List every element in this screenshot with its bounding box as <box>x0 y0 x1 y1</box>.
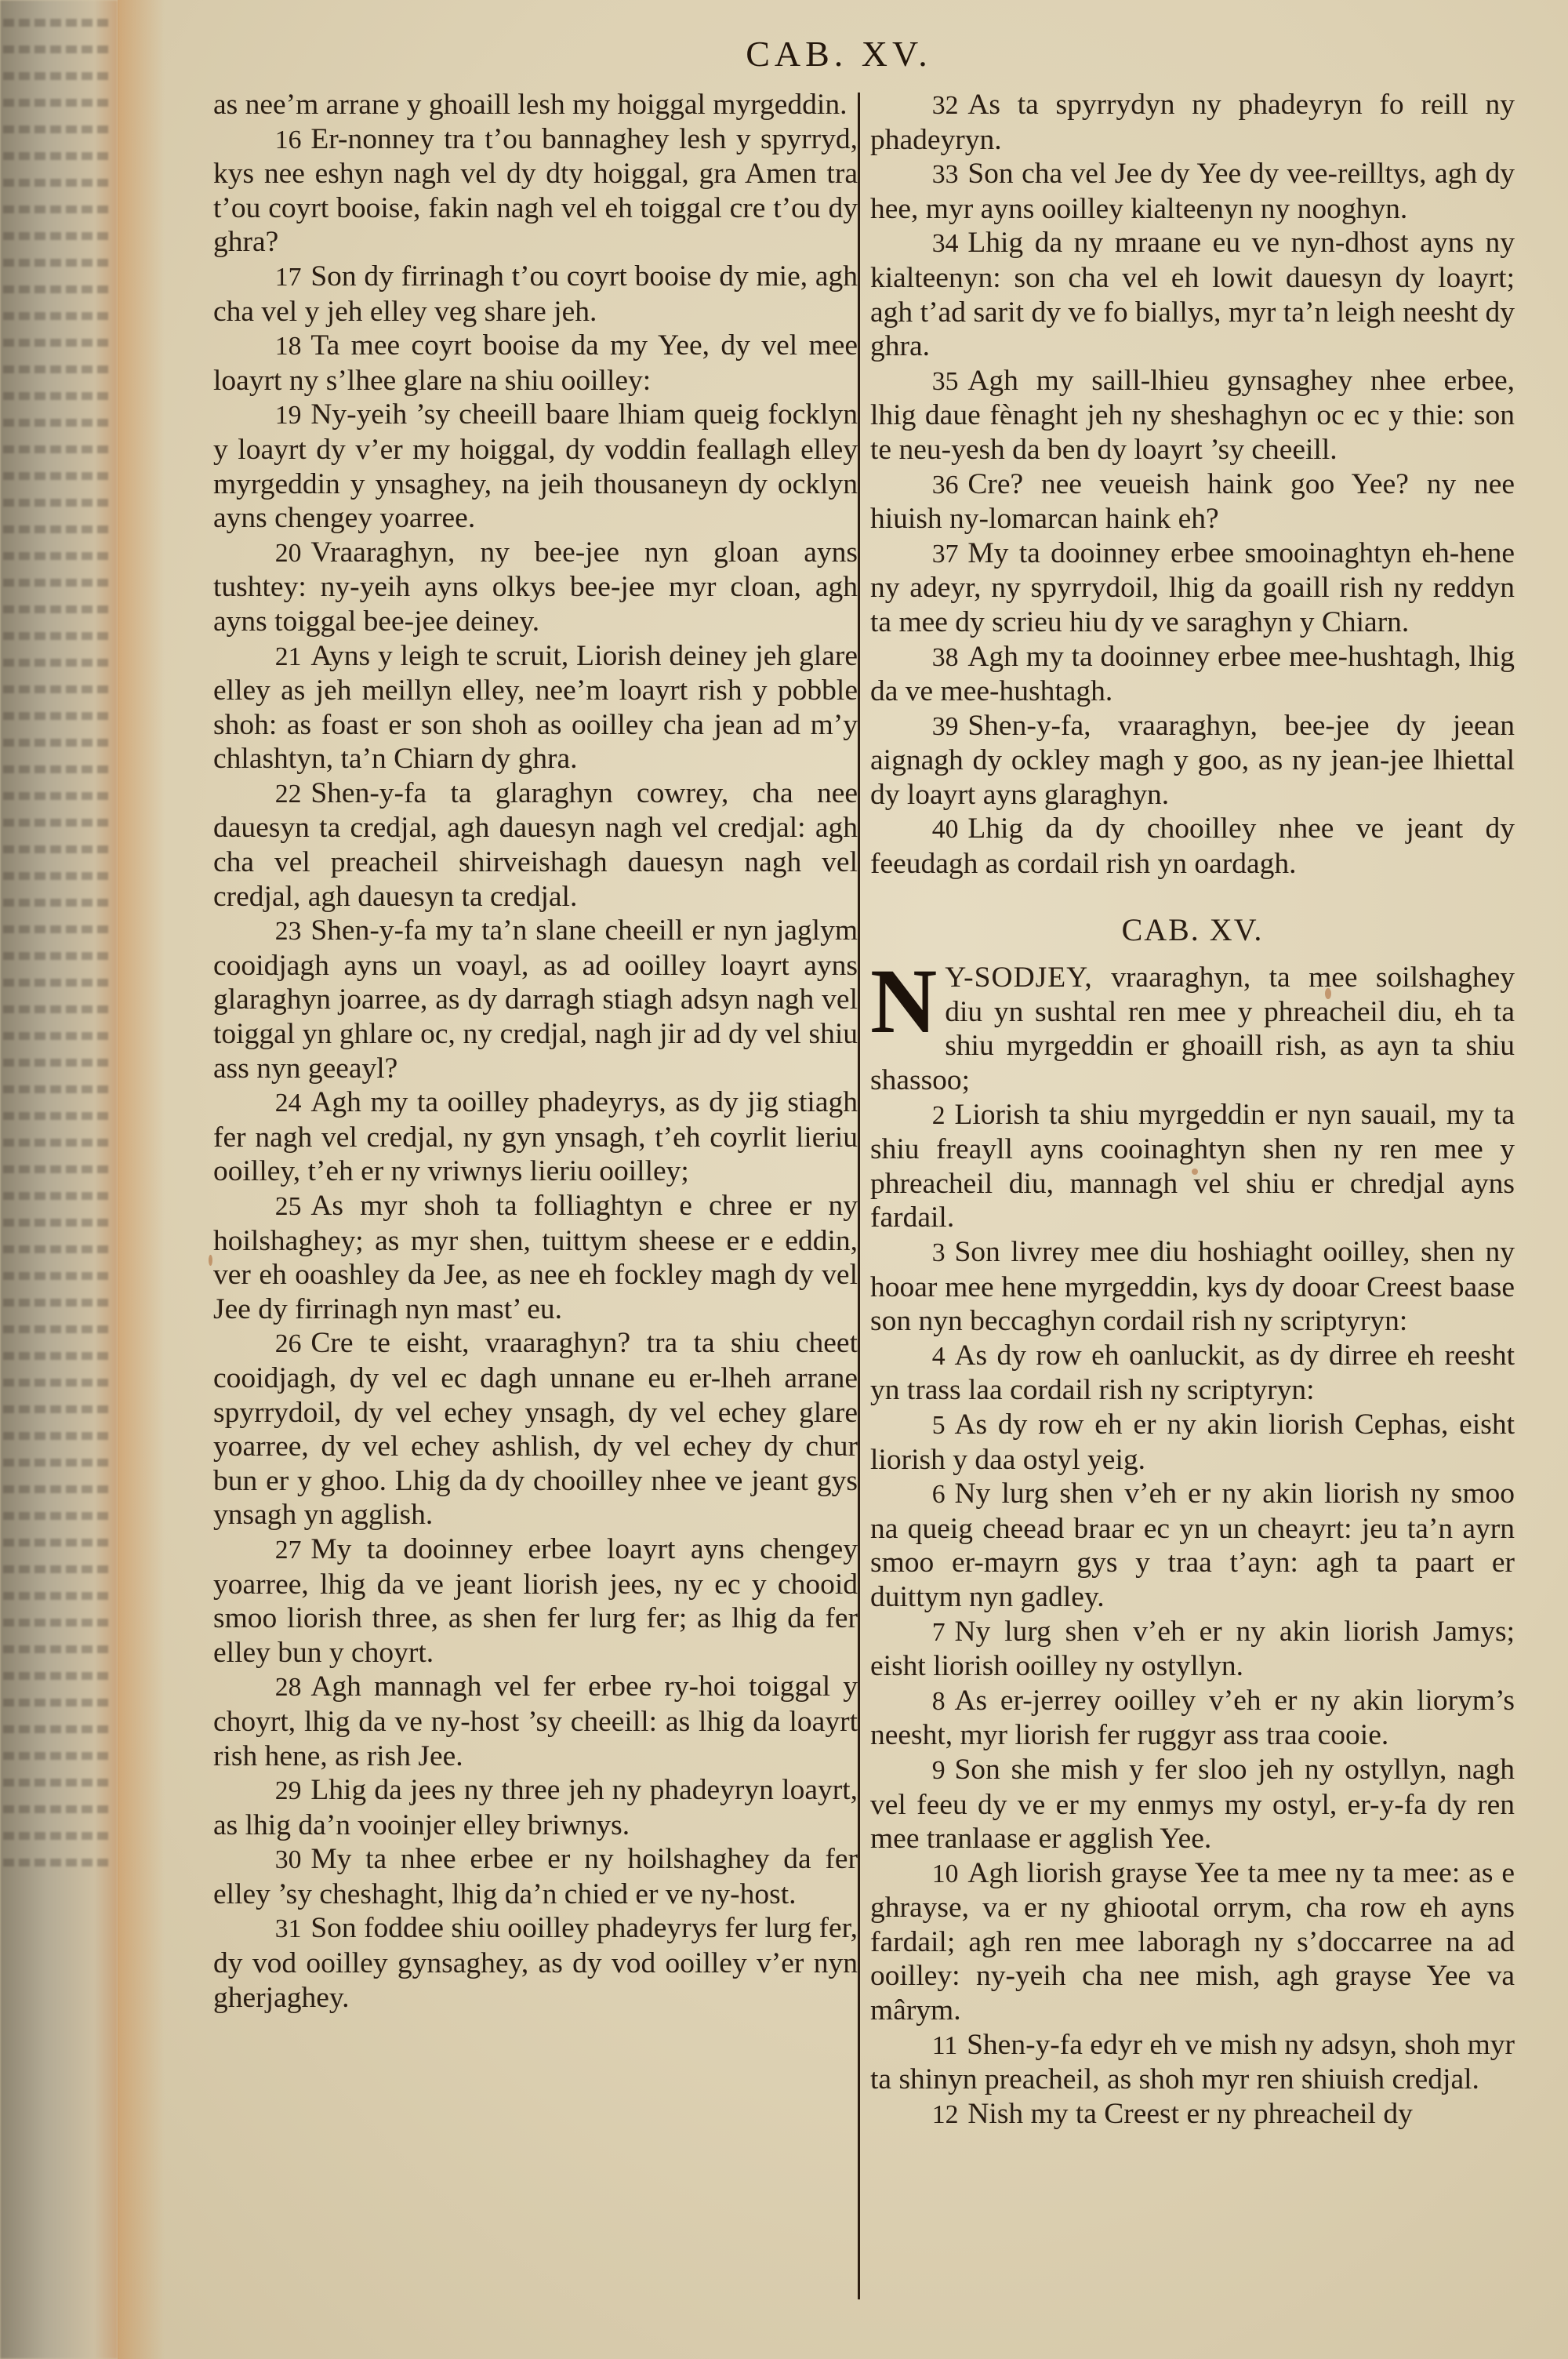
ghost-text-line <box>3 765 111 773</box>
verse-text: Son dy firrinagh t’ou coyrt booise dy mi… <box>213 260 858 328</box>
right-column: 32As ta spyrrydyn ny phadeyryn fo reill … <box>870 88 1515 2132</box>
verse-number: 20 <box>275 539 302 568</box>
previous-page-edge <box>0 0 118 2359</box>
ghost-text-line <box>3 979 111 987</box>
verse-text: Liorish ta shiu myrgeddin er nyn sauail,… <box>870 1099 1515 1234</box>
continuation-text: as nee’m arrane y ghoaill lesh my hoigga… <box>213 88 858 122</box>
ghost-text-line <box>3 819 111 827</box>
ghost-text-line <box>3 1539 111 1547</box>
ghost-text-line <box>3 312 111 320</box>
verse: 27My ta dooinney erbee loayrt ayns cheng… <box>213 1532 858 1670</box>
ghost-text-line <box>3 845 111 853</box>
column-divider <box>858 93 860 2299</box>
ghost-text-line <box>3 605 111 613</box>
ghost-text-line <box>3 579 111 587</box>
verse-number: 39 <box>932 712 959 741</box>
verse: 39Shen-y-fa, vraaraghyn, bee-jee dy jeea… <box>870 709 1515 812</box>
verse-number: 40 <box>932 815 959 844</box>
verse: 35Agh my saill-lhieu gynsaghey nhee erbe… <box>870 364 1515 467</box>
ghost-text-line <box>3 152 111 160</box>
verse-number: 5 <box>932 1411 946 1440</box>
ghost-text-line <box>3 712 111 720</box>
ghost-text-line <box>3 1219 111 1227</box>
ghost-text-line <box>3 445 111 453</box>
verse-text: Agh my saill-lhieu gynsaghey nhee erbee,… <box>870 365 1515 466</box>
verse-text: Ny lurg shen v’eh er ny akin liorish Jam… <box>870 1616 1515 1683</box>
verse: 36Cre? nee veueish haink goo Yee? ny nee… <box>870 467 1515 536</box>
ghost-text-line <box>3 1512 111 1520</box>
ghost-text-line <box>3 1859 111 1866</box>
verse-text: Shen-y-fa ta glaraghyn cowrey, cha nee d… <box>213 777 858 913</box>
ghost-text-line <box>3 499 111 507</box>
ghost-text-line <box>3 1272 111 1280</box>
ghost-text-line <box>3 525 111 533</box>
ghost-text-line <box>3 872 111 880</box>
verse-number: 26 <box>275 1329 302 1358</box>
verse: 22Shen-y-fa ta glaraghyn cowrey, cha nee… <box>213 776 858 914</box>
verse-number: 10 <box>932 1859 959 1888</box>
verse-number: 2 <box>932 1101 946 1130</box>
ghost-text-line <box>3 99 111 107</box>
verse-number: 16 <box>275 125 302 154</box>
ghost-text-line <box>3 285 111 293</box>
verse: 12Nish my ta Creest er ny phreacheil dy <box>870 2097 1515 2132</box>
verse: 37My ta dooinney erbee smooinaghtyn eh-h… <box>870 536 1515 640</box>
verse-text: My ta dooinney erbee smooinaghtyn eh-hen… <box>870 537 1515 638</box>
ghost-text-line <box>3 1139 111 1147</box>
right-verse-list-ch14: 32As ta spyrrydyn ny phadeyryn fo reill … <box>870 88 1515 881</box>
verse-number: 12 <box>932 2100 959 2129</box>
ghost-text-line <box>3 1192 111 1200</box>
foxing-spot <box>1192 1169 1198 1175</box>
verse: 16Er-nonney tra t’ou bannaghey lesh y sp… <box>213 122 858 260</box>
verse-text: Lhig da dy chooilley nhee ve jeant dy fe… <box>870 812 1515 880</box>
verse: 40Lhig da dy chooilley nhee ve jeant dy … <box>870 812 1515 881</box>
verse-text: Shen-y-fa my ta’n slane cheeill er nyn j… <box>213 914 858 1084</box>
verse-text: As dy row eh oanluckit, as dy dirree eh … <box>870 1339 1515 1407</box>
ghost-text-line <box>3 659 111 667</box>
verse-number: 4 <box>932 1342 946 1371</box>
verse: 32As ta spyrrydyn ny phadeyryn fo reill … <box>870 88 1515 157</box>
verse-text: Ny lurg shen v’eh er ny akin liorish ny … <box>870 1478 1515 1613</box>
ghost-text-line <box>3 1485 111 1493</box>
verse-text: Shen-y-fa, vraaraghyn, bee-jee dy jeean … <box>870 710 1515 811</box>
verse-number: 27 <box>275 1536 302 1565</box>
verse-text: Ny-yeih ’sy cheeill baare lhiam queig fo… <box>213 398 858 534</box>
ghost-text-line <box>3 739 111 747</box>
verse-number: 3 <box>932 1238 946 1267</box>
verse-number: 33 <box>932 160 959 189</box>
verse: 26Cre te eisht, vraaraghyn? tra ta shiu … <box>213 1326 858 1532</box>
verse-number: 30 <box>275 1845 302 1874</box>
verse-text: Son foddee shiu ooilley phadeyrys fer lu… <box>213 1912 858 2013</box>
ghost-text-line <box>3 1725 111 1733</box>
ghost-text-line <box>3 259 111 267</box>
ghost-text-line <box>3 1459 111 1467</box>
verse-text: Ayns y leigh te scruit, Liorish deiney j… <box>213 640 858 776</box>
verse-text: Er-nonney tra t’ou bannaghey lesh y spyr… <box>213 123 858 259</box>
ghost-text-line <box>3 632 111 640</box>
verse: 18Ta mee coyrt booise da my Yee, dy vel … <box>213 329 858 398</box>
ghost-text-line <box>3 392 111 400</box>
verse-number: 34 <box>932 229 959 258</box>
verse-number: 32 <box>932 91 959 120</box>
verse-number: 19 <box>275 401 302 430</box>
ghost-text-line <box>3 1779 111 1787</box>
ghost-text-line <box>3 1752 111 1760</box>
verse-text: As dy row eh er ny akin liorish Cephas, … <box>870 1408 1515 1476</box>
ghost-text-line <box>3 1805 111 1813</box>
verse-text: Vraaraghyn, ny bee-jee nyn gloan ayns tu… <box>213 536 858 638</box>
ghost-text-line <box>3 1672 111 1680</box>
verse-number: 7 <box>932 1618 946 1647</box>
verse-number: 36 <box>932 471 959 500</box>
verse-number: 23 <box>275 917 302 946</box>
ghost-text-line <box>3 1352 111 1360</box>
ghost-text-line <box>3 419 111 427</box>
ghost-text-line <box>3 1032 111 1040</box>
verse-number: 21 <box>275 642 302 671</box>
verse-number: 37 <box>932 540 959 569</box>
ghost-text-line <box>3 552 111 560</box>
drop-cap: N <box>870 965 937 1038</box>
verse-text: My ta nhee erbee er ny hoilshaghey da fe… <box>213 1843 858 1910</box>
verse: 20Vraaraghyn, ny bee-jee nyn gloan ayns … <box>213 536 858 639</box>
ghost-text-line <box>3 685 111 693</box>
ghost-text-line <box>3 1325 111 1333</box>
verse: 34Lhig da ny mraane eu ve nyn-dhost ayns… <box>870 226 1515 363</box>
verse-text: Lhig da jees ny three jeh ny phadeyryn l… <box>213 1774 858 1841</box>
book-page: CAB. XV. as nee’m arrane y ghoaill lesh … <box>0 0 1568 2359</box>
ghost-text-line <box>3 1165 111 1173</box>
verse: 6Ny lurg shen v’eh er ny akin liorish ny… <box>870 1477 1515 1614</box>
verse-text: Son livrey mee diu hoshiaght ooilley, sh… <box>870 1236 1515 1337</box>
ghost-text-line <box>3 1379 111 1387</box>
verse: 10Agh liorish grayse Yee ta mee ny ta me… <box>870 1856 1515 2028</box>
verse: 24Agh my ta ooilley phadeyrys, as dy jig… <box>213 1085 858 1189</box>
ghost-text-line <box>3 1699 111 1707</box>
ghost-text-line <box>3 792 111 800</box>
verse-text: Shen-y-fa edyr eh ve mish ny adsyn, shoh… <box>870 2029 1515 2096</box>
verse-text: Lhig da ny mraane eu ve nyn-dhost ayns n… <box>870 227 1515 362</box>
verse-text: Son she mish y fer sloo jeh ny ostyllyn,… <box>870 1754 1515 1855</box>
verse-text: My ta dooinney erbee loayrt ayns chengey… <box>213 1533 858 1669</box>
verse-number: 6 <box>932 1480 946 1509</box>
verse-number: 8 <box>932 1687 946 1716</box>
ghost-text-line <box>3 179 111 187</box>
ghost-text-line <box>3 339 111 347</box>
verse: 8As er-jerrey ooilley v’eh er ny akin li… <box>870 1684 1515 1753</box>
ghost-text-line <box>3 365 111 373</box>
running-head: CAB. XV. <box>0 33 1568 75</box>
verse: 9Son she mish y fer sloo jeh ny ostyllyn… <box>870 1753 1515 1856</box>
verse-text: Agh liorish grayse Yee ta mee ny ta mee:… <box>870 1857 1515 2026</box>
ghost-text-line <box>3 125 111 133</box>
verse: 29Lhig da jees ny three jeh ny phadeyryn… <box>213 1773 858 1842</box>
verse-number: 11 <box>932 2031 958 2060</box>
verse: 23Shen-y-fa my ta’n slane cheeill er nyn… <box>213 914 858 1085</box>
verse-text: Ta mee coyrt booise da my Yee, dy vel me… <box>213 329 858 397</box>
verse: 5As dy row eh er ny akin liorish Cephas,… <box>870 1408 1515 1477</box>
verse: 31Son foddee shiu ooilley phadeyrys fer … <box>213 1911 858 2015</box>
verse-number: 25 <box>275 1192 302 1221</box>
ghost-text-line <box>3 1405 111 1413</box>
ghost-text-line <box>3 1245 111 1253</box>
ghost-text-line <box>3 1565 111 1573</box>
verse-text: As er-jerrey ooilley v’eh er ny akin lio… <box>870 1685 1515 1752</box>
verse-text: As ta spyrrydyn ny phadeyryn fo reill ny… <box>870 89 1515 156</box>
ghost-text-line <box>3 1059 111 1067</box>
verse-number: 9 <box>932 1756 946 1785</box>
chapter-opening: NY-SODJEY, vraaraghyn, ta mee soilshaghe… <box>870 961 1515 1097</box>
verse: 17Son dy firrinagh t’ou coyrt booise dy … <box>213 260 858 329</box>
verse-text: Nish my ta Creest er ny phreacheil dy <box>967 2098 1413 2130</box>
ghost-text-line <box>3 1592 111 1600</box>
ghost-text-line <box>3 472 111 480</box>
ghost-text-line <box>3 952 111 960</box>
chapter-heading: CAB. XV. <box>870 913 1515 947</box>
ghost-text-line <box>3 1085 111 1093</box>
foxing-spot <box>209 1255 212 1266</box>
verse: 19Ny-yeih ’sy cheeill baare lhiam queig … <box>213 398 858 535</box>
verse-number: 24 <box>275 1089 302 1118</box>
verse: 30My ta nhee erbee er ny hoilshaghey da … <box>213 1842 858 1911</box>
ghost-text-line <box>3 1619 111 1627</box>
verse-number: 35 <box>932 367 959 396</box>
verse-number: 28 <box>275 1673 302 1702</box>
verse: 7Ny lurg shen v’eh er ny akin liorish Ja… <box>870 1615 1515 1684</box>
verse: 28Agh mannagh vel fer erbee ry-hoi toigg… <box>213 1670 858 1773</box>
foxing-spot <box>1325 988 1331 999</box>
verse: 21Ayns y leigh te scruit, Liorish deiney… <box>213 639 858 776</box>
verse: 3Son livrey mee diu hoshiaght ooilley, s… <box>870 1235 1515 1339</box>
verse-text: Agh my ta ooilley phadeyrys, as dy jig s… <box>213 1086 858 1187</box>
ghost-text-line <box>3 1645 111 1653</box>
verse-number: 31 <box>275 1914 302 1943</box>
verse-number: 22 <box>275 780 302 809</box>
ghost-text-line <box>3 1432 111 1440</box>
gutter-shadow <box>118 0 165 2359</box>
ghost-text-line <box>3 205 111 213</box>
verse-text: Agh mannagh vel fer erbee ry-hoi toiggal… <box>213 1670 858 1772</box>
verse: 2Liorish ta shiu myrgeddin er nyn sauail… <box>870 1098 1515 1235</box>
verse-number: 29 <box>275 1776 302 1805</box>
verse-number: 17 <box>275 263 302 292</box>
verse: 38Agh my ta dooinney erbee mee-hushtagh,… <box>870 640 1515 709</box>
verse-number: 18 <box>275 332 302 361</box>
verse: 33Son cha vel Jee dy Yee dy vee-reilltys… <box>870 157 1515 226</box>
verse-text: Cre te eisht, vraaraghyn? tra ta shiu ch… <box>213 1327 858 1531</box>
ghost-text-line <box>3 1832 111 1840</box>
left-verse-list: 16Er-nonney tra t’ou bannaghey lesh y sp… <box>213 122 858 2016</box>
left-column: as nee’m arrane y ghoaill lesh my hoigga… <box>213 88 858 2015</box>
ghost-text-line <box>3 232 111 240</box>
ghost-text-line <box>3 19 111 27</box>
verse: 4As dy row eh oanluckit, as dy dirree eh… <box>870 1339 1515 1408</box>
ghost-text-line <box>3 1005 111 1013</box>
verse-text: Agh my ta dooinney erbee mee-hushtagh, l… <box>870 641 1515 708</box>
verse: 11Shen-y-fa edyr eh ve mish ny adsyn, sh… <box>870 2028 1515 2097</box>
opening-lead: Y-SODJEY, <box>945 961 1093 994</box>
right-verse-list-ch15: 2Liorish ta shiu myrgeddin er nyn sauail… <box>870 1098 1515 2132</box>
verse-text: Cre? nee veueish haink goo Yee? ny nee h… <box>870 468 1515 536</box>
ghost-text-line <box>3 925 111 933</box>
verse-text: As myr shoh ta folliaghtyn e chree er ny… <box>213 1190 858 1325</box>
verse: 25As myr shoh ta folliaghtyn e chree er … <box>213 1189 858 1326</box>
ghost-text-line <box>3 1112 111 1120</box>
verse-number: 38 <box>932 643 959 672</box>
verse-text: Son cha vel Jee dy Yee dy vee-reilltys, … <box>870 158 1515 225</box>
ghost-text-line <box>3 899 111 907</box>
ghost-text-line <box>3 1299 111 1307</box>
